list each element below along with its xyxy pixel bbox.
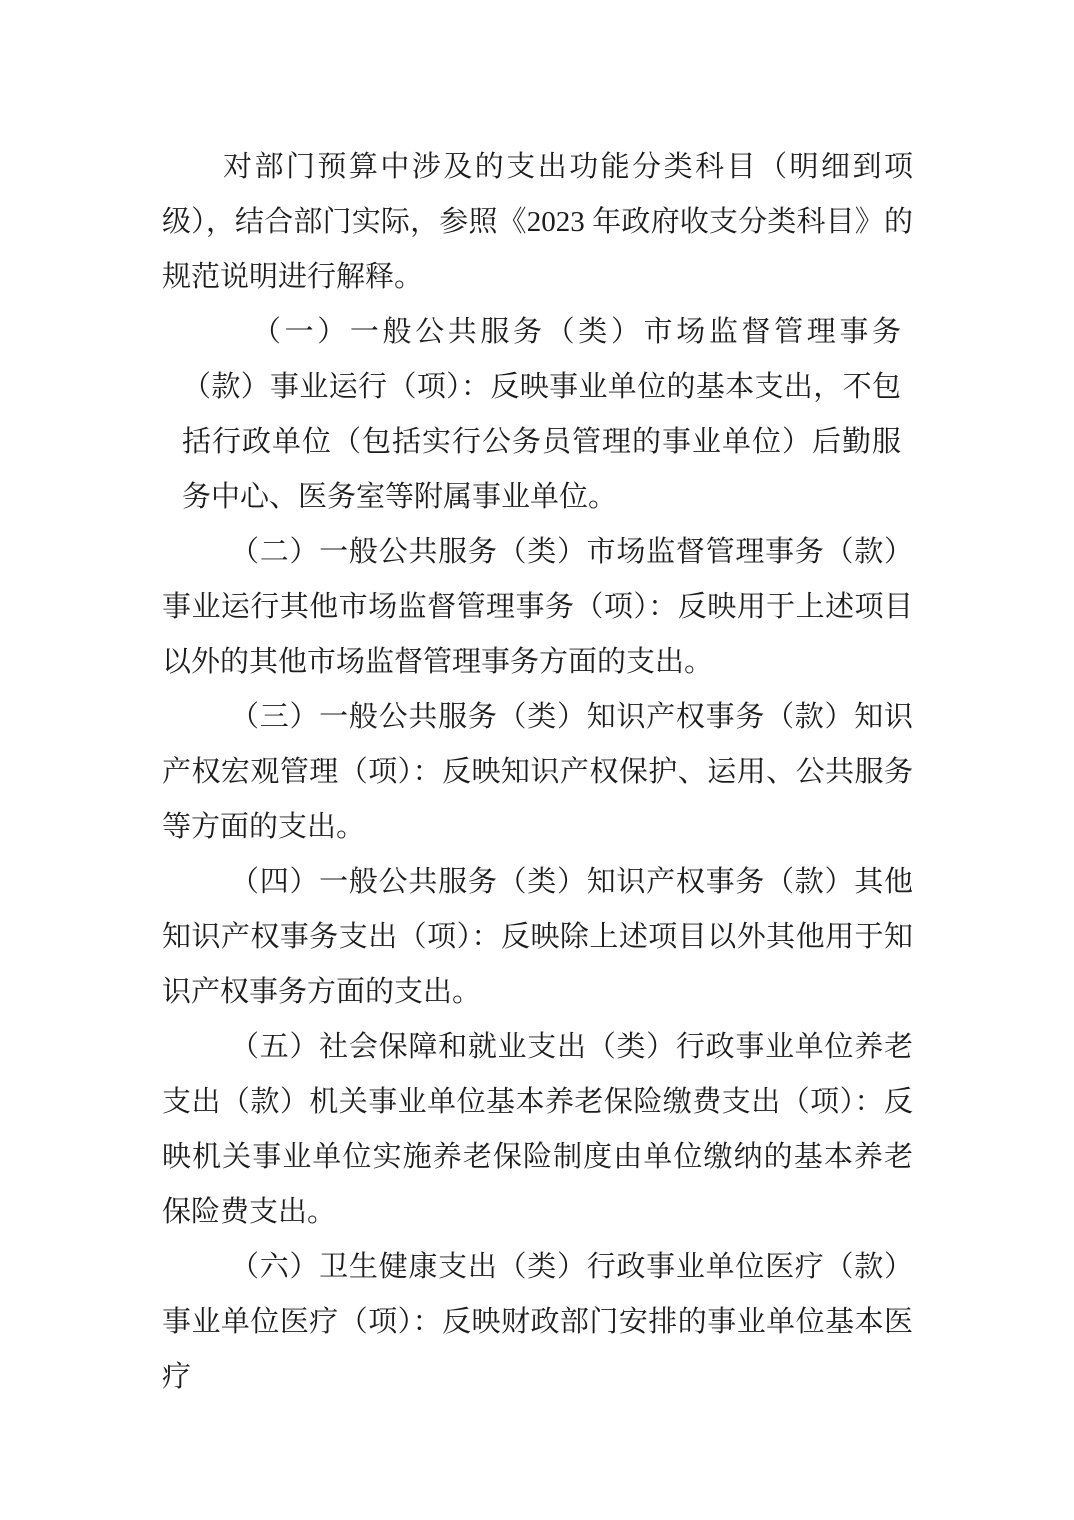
paragraph-clause-6: （六）卫生健康支出（类）行政事业单位医疗（款）事业单位医疗（项）：反映财政部门安… [162, 1240, 913, 1405]
paragraph-clause-2: （二）一般公共服务（类）市场监督管理事务（款）事业运行其他市场监督管理事务（项）… [162, 525, 913, 690]
paragraph-clause-1: （一）一般公共服务（类）市场监督管理事务（款）事业运行（项）：反映事业单位的基本… [182, 305, 901, 525]
paragraph-clause-4: （四）一般公共服务（类）知识产权事务（款）其他知识产权事务支出（项）：反映除上述… [162, 855, 913, 1020]
paragraph-clause-3: （三）一般公共服务（类）知识产权事务（款）知识产权宏观管理（项）：反映知识产权保… [162, 690, 913, 855]
paragraph-intro: 对部门预算中涉及的支出功能分类科目（明细到项级），结合部门实际，参照《2023 … [162, 140, 913, 305]
document-page: 对部门预算中涉及的支出功能分类科目（明细到项级），结合部门实际，参照《2023 … [0, 0, 1074, 1520]
document-text-block: 对部门预算中涉及的支出功能分类科目（明细到项级），结合部门实际，参照《2023 … [162, 140, 913, 1405]
paragraph-clause-5: （五）社会保障和就业支出（类）行政事业单位养老支出（款）机关事业单位基本养老保险… [162, 1020, 913, 1240]
